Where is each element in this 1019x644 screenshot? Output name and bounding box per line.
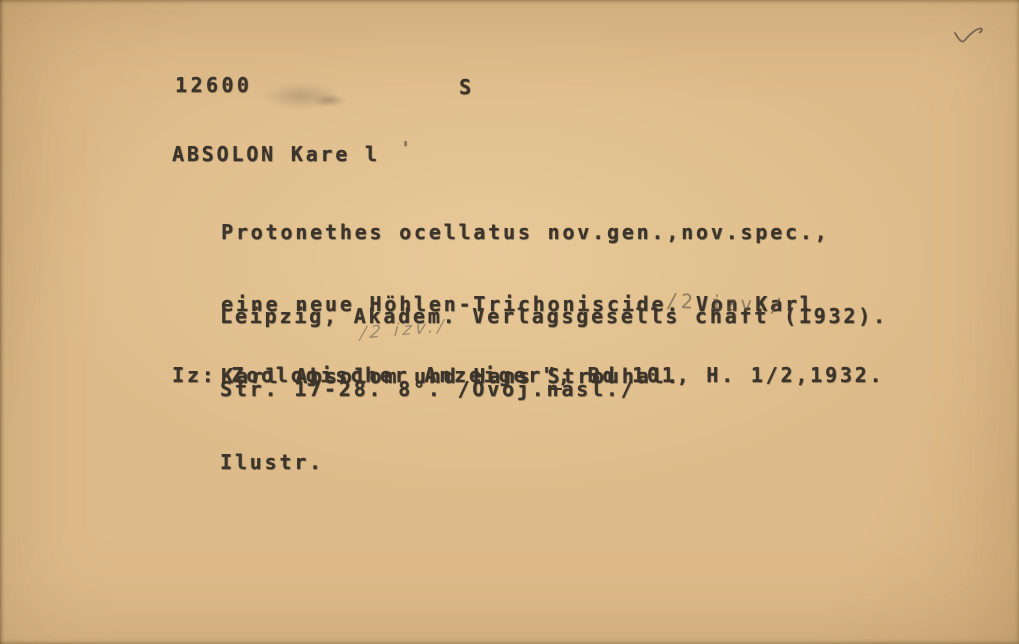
- handwritten-checkmark-icon: [950, 24, 990, 56]
- section-letter: S: [459, 75, 474, 99]
- source-citation: Iz: Zoologischer Anzeiger", Bd 101, H. 1…: [172, 363, 884, 387]
- title-line: Protonethes ocellatus nov.gen.,nov.spec.…: [221, 220, 829, 244]
- imprint-line: Ilustr.: [220, 450, 888, 475]
- imprint-line: Leipzig, Akadem. Verlagsgesells chaft (1…: [220, 304, 888, 329]
- stray-apostrophe-mark: ': [400, 138, 414, 159]
- copies-note-typed: /2 izv./: [666, 288, 786, 317]
- author-heading: ABSOLON Kare l: [172, 142, 380, 166]
- catalog-card: 12600 S ABSOLON Kare l ' Protonethes oce…: [0, 0, 1019, 644]
- catalog-number: 12600: [175, 73, 252, 97]
- paper-smudge-small: [312, 94, 346, 107]
- imprint-block: Leipzig, Akadem. Verlagsgesells chaft (1…: [220, 256, 888, 523]
